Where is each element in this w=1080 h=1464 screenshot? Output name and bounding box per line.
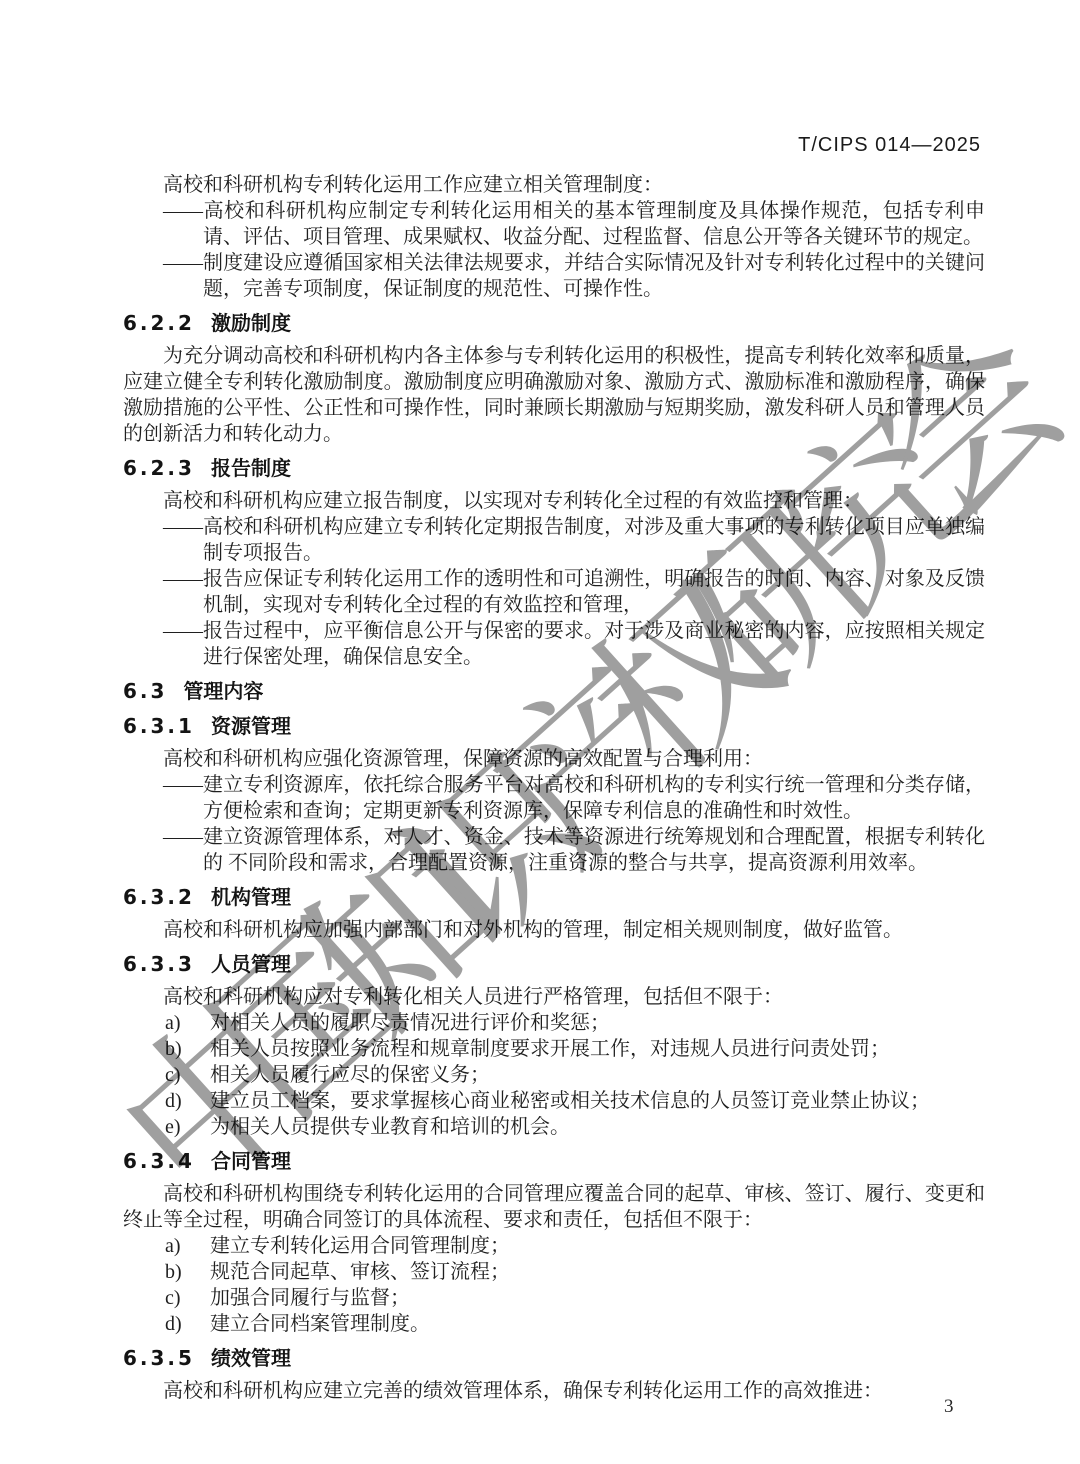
alpha-list-item: d)建立合同档案管理制度。: [123, 1311, 985, 1337]
section-title: 报告制度: [211, 458, 291, 480]
document-content: 高校和科研机构专利转化运用工作应建立相关管理制度：——高校和科研机构应制定专利转…: [123, 172, 985, 1404]
dash-list-item: ——高校和科研机构应制定专利转化运用相关的基本管理制度及具体操作规范，包括专利申…: [123, 198, 985, 250]
section-title: 管理内容: [183, 681, 263, 703]
dash-list-item: ——报告应保证专利转化运用工作的透明性和可追溯性，明确报告的时间、内容、对象及反…: [123, 566, 985, 618]
alpha-item-text: 建立专利转化运用合同管理制度；: [210, 1235, 510, 1257]
dash-list-item: ——建立资源管理体系，对人才、资金、技术等资源进行统筹规划和合理配置，根据专利转…: [123, 824, 985, 876]
dash-item-text: 高校和科研机构应制定专利转化运用相关的基本管理制度及具体操作规范，包括专利申请、…: [203, 200, 985, 248]
section-number: 6.2.2: [123, 311, 195, 335]
dash-marker: ——: [163, 252, 203, 274]
dash-marker: ——: [163, 774, 203, 796]
section-title: 人员管理: [211, 954, 291, 976]
dash-marker: ——: [163, 568, 203, 590]
section-heading: 6.2.3报告制度: [123, 455, 985, 482]
alpha-item-label: a): [165, 1233, 210, 1259]
dash-item-text: 建立专利资源库，依托综合服务平台对高校和科研机构的专利实行统一管理和分类存储，方…: [203, 774, 985, 822]
alpha-item-label: c): [165, 1062, 210, 1088]
dash-list-item: ——报告过程中，应平衡信息公开与保密的要求。对于涉及商业秘密的内容，应按照相关规…: [123, 618, 985, 670]
section-heading: 6.3.3人员管理: [123, 951, 985, 978]
dash-marker: ——: [163, 826, 203, 848]
paragraph: 为充分调动高校和科研机构内各主体参与专利转化运用的积极性，提高专利转化效率和质量…: [123, 343, 985, 447]
section-title: 资源管理: [211, 716, 291, 738]
section-heading: 6.3.2机构管理: [123, 884, 985, 911]
alpha-item-label: b): [165, 1259, 210, 1285]
section-number: 6.3.5: [123, 1346, 195, 1370]
alpha-item-text: 相关人员履行应尽的保密义务；: [210, 1064, 490, 1086]
alpha-item-text: 建立合同档案管理制度。: [210, 1313, 430, 1335]
alpha-item-text: 加强合同履行与监督；: [210, 1287, 410, 1309]
alpha-item-label: d): [165, 1088, 210, 1114]
alpha-item-text: 相关人员按照业务流程和规章制度要求开展工作，对违规人员进行问责处罚；: [210, 1038, 890, 1060]
section-number: 6.3.3: [123, 952, 195, 976]
section-title: 激励制度: [211, 313, 291, 335]
dash-marker: ——: [163, 516, 203, 538]
alpha-item-label: e): [165, 1114, 210, 1140]
alpha-list-item: e)为相关人员提供专业教育和培训的机会。: [123, 1114, 985, 1140]
alpha-item-text: 建立员工档案，要求掌握核心商业秘密或相关技术信息的人员签订竞业禁止协议；: [210, 1090, 930, 1112]
paragraph: 高校和科研机构专利转化运用工作应建立相关管理制度：: [123, 172, 985, 198]
paragraph: 高校和科研机构应对专利转化相关人员进行严格管理，包括但不限于：: [123, 984, 985, 1010]
section-number: 6.3: [123, 679, 167, 703]
dash-list-item: ——建立专利资源库，依托综合服务平台对高校和科研机构的专利实行统一管理和分类存储…: [123, 772, 985, 824]
alpha-list-item: a)对相关人员的履职尽责情况进行评价和奖惩；: [123, 1010, 985, 1036]
section-number: 6.3.4: [123, 1149, 195, 1173]
page-header: T/CIPS 014—2025: [123, 134, 981, 157]
section-number: 6.3.1: [123, 714, 195, 738]
doc-code: T/CIPS 014—2025: [798, 134, 981, 156]
dash-list-item: ——高校和科研机构应建立专利转化定期报告制度，对涉及重大事项的专利转化项目应单独…: [123, 514, 985, 566]
section-heading: 6.2.2激励制度: [123, 310, 985, 337]
paragraph: 高校和科研机构应加强内部部门和对外机构的管理，制定相关规则制度，做好监管。: [123, 917, 985, 943]
section-title: 机构管理: [211, 887, 291, 909]
dash-item-text: 报告过程中，应平衡信息公开与保密的要求。对于涉及商业秘密的内容，应按照相关规定进…: [203, 620, 985, 668]
section-heading: 6.3.1资源管理: [123, 713, 985, 740]
section-heading: 6.3管理内容: [123, 678, 985, 705]
page-number: 3: [944, 1396, 954, 1418]
section-heading: 6.3.5绩效管理: [123, 1345, 985, 1372]
dash-list-item: ——制度建设应遵循国家相关法律法规要求，并结合实际情况及针对专利转化过程中的关键…: [123, 250, 985, 302]
alpha-list-item: a)建立专利转化运用合同管理制度；: [123, 1233, 985, 1259]
document-page: T/CIPS 014—2025 高校和科研机构专利转化运用工作应建立相关管理制度…: [0, 0, 1080, 1464]
alpha-list-item: b)规范合同起草、审核、签订流程；: [123, 1259, 985, 1285]
alpha-item-text: 对相关人员的履职尽责情况进行评价和奖惩；: [210, 1012, 610, 1034]
alpha-item-label: c): [165, 1285, 210, 1311]
dash-item-text: 建立资源管理体系，对人才、资金、技术等资源进行统筹规划和合理配置，根据专利转化的…: [203, 826, 985, 874]
alpha-item-label: d): [165, 1311, 210, 1337]
section-heading: 6.3.4合同管理: [123, 1148, 985, 1175]
dash-item-text: 高校和科研机构应建立专利转化定期报告制度，对涉及重大事项的专利转化项目应单独编制…: [203, 516, 985, 564]
paragraph: 高校和科研机构应建立完善的绩效管理体系，确保专利转化运用工作的高效推进：: [123, 1378, 985, 1404]
dash-marker: ——: [163, 200, 203, 222]
paragraph: 高校和科研机构应强化资源管理，保障资源的高效配置与合理利用：: [123, 746, 985, 772]
section-title: 绩效管理: [211, 1348, 291, 1370]
alpha-item-text: 规范合同起草、审核、签订流程；: [210, 1261, 510, 1283]
section-title: 合同管理: [211, 1151, 291, 1173]
paragraph: 高校和科研机构围绕专利转化运用的合同管理应覆盖合同的起草、审核、签订、履行、变更…: [123, 1181, 985, 1233]
alpha-item-text: 为相关人员提供专业教育和培训的机会。: [210, 1116, 570, 1138]
section-number: 6.2.3: [123, 456, 195, 480]
alpha-list-item: b)相关人员按照业务流程和规章制度要求开展工作，对违规人员进行问责处罚；: [123, 1036, 985, 1062]
alpha-item-label: a): [165, 1010, 210, 1036]
alpha-list-item: c)加强合同履行与监督；: [123, 1285, 985, 1311]
paragraph: 高校和科研机构应建立报告制度，以实现对专利转化全过程的有效监控和管理：: [123, 488, 985, 514]
alpha-item-label: b): [165, 1036, 210, 1062]
alpha-list-item: c)相关人员履行应尽的保密义务；: [123, 1062, 985, 1088]
dash-marker: ——: [163, 620, 203, 642]
alpha-list-item: d)建立员工档案，要求掌握核心商业秘密或相关技术信息的人员签订竞业禁止协议；: [123, 1088, 985, 1114]
dash-item-text: 报告应保证专利转化运用工作的透明性和可追溯性，明确报告的时间、内容、对象及反馈机…: [203, 568, 985, 616]
dash-item-text: 制度建设应遵循国家相关法律法规要求，并结合实际情况及针对专利转化过程中的关键问题…: [203, 252, 985, 300]
section-number: 6.3.2: [123, 885, 195, 909]
